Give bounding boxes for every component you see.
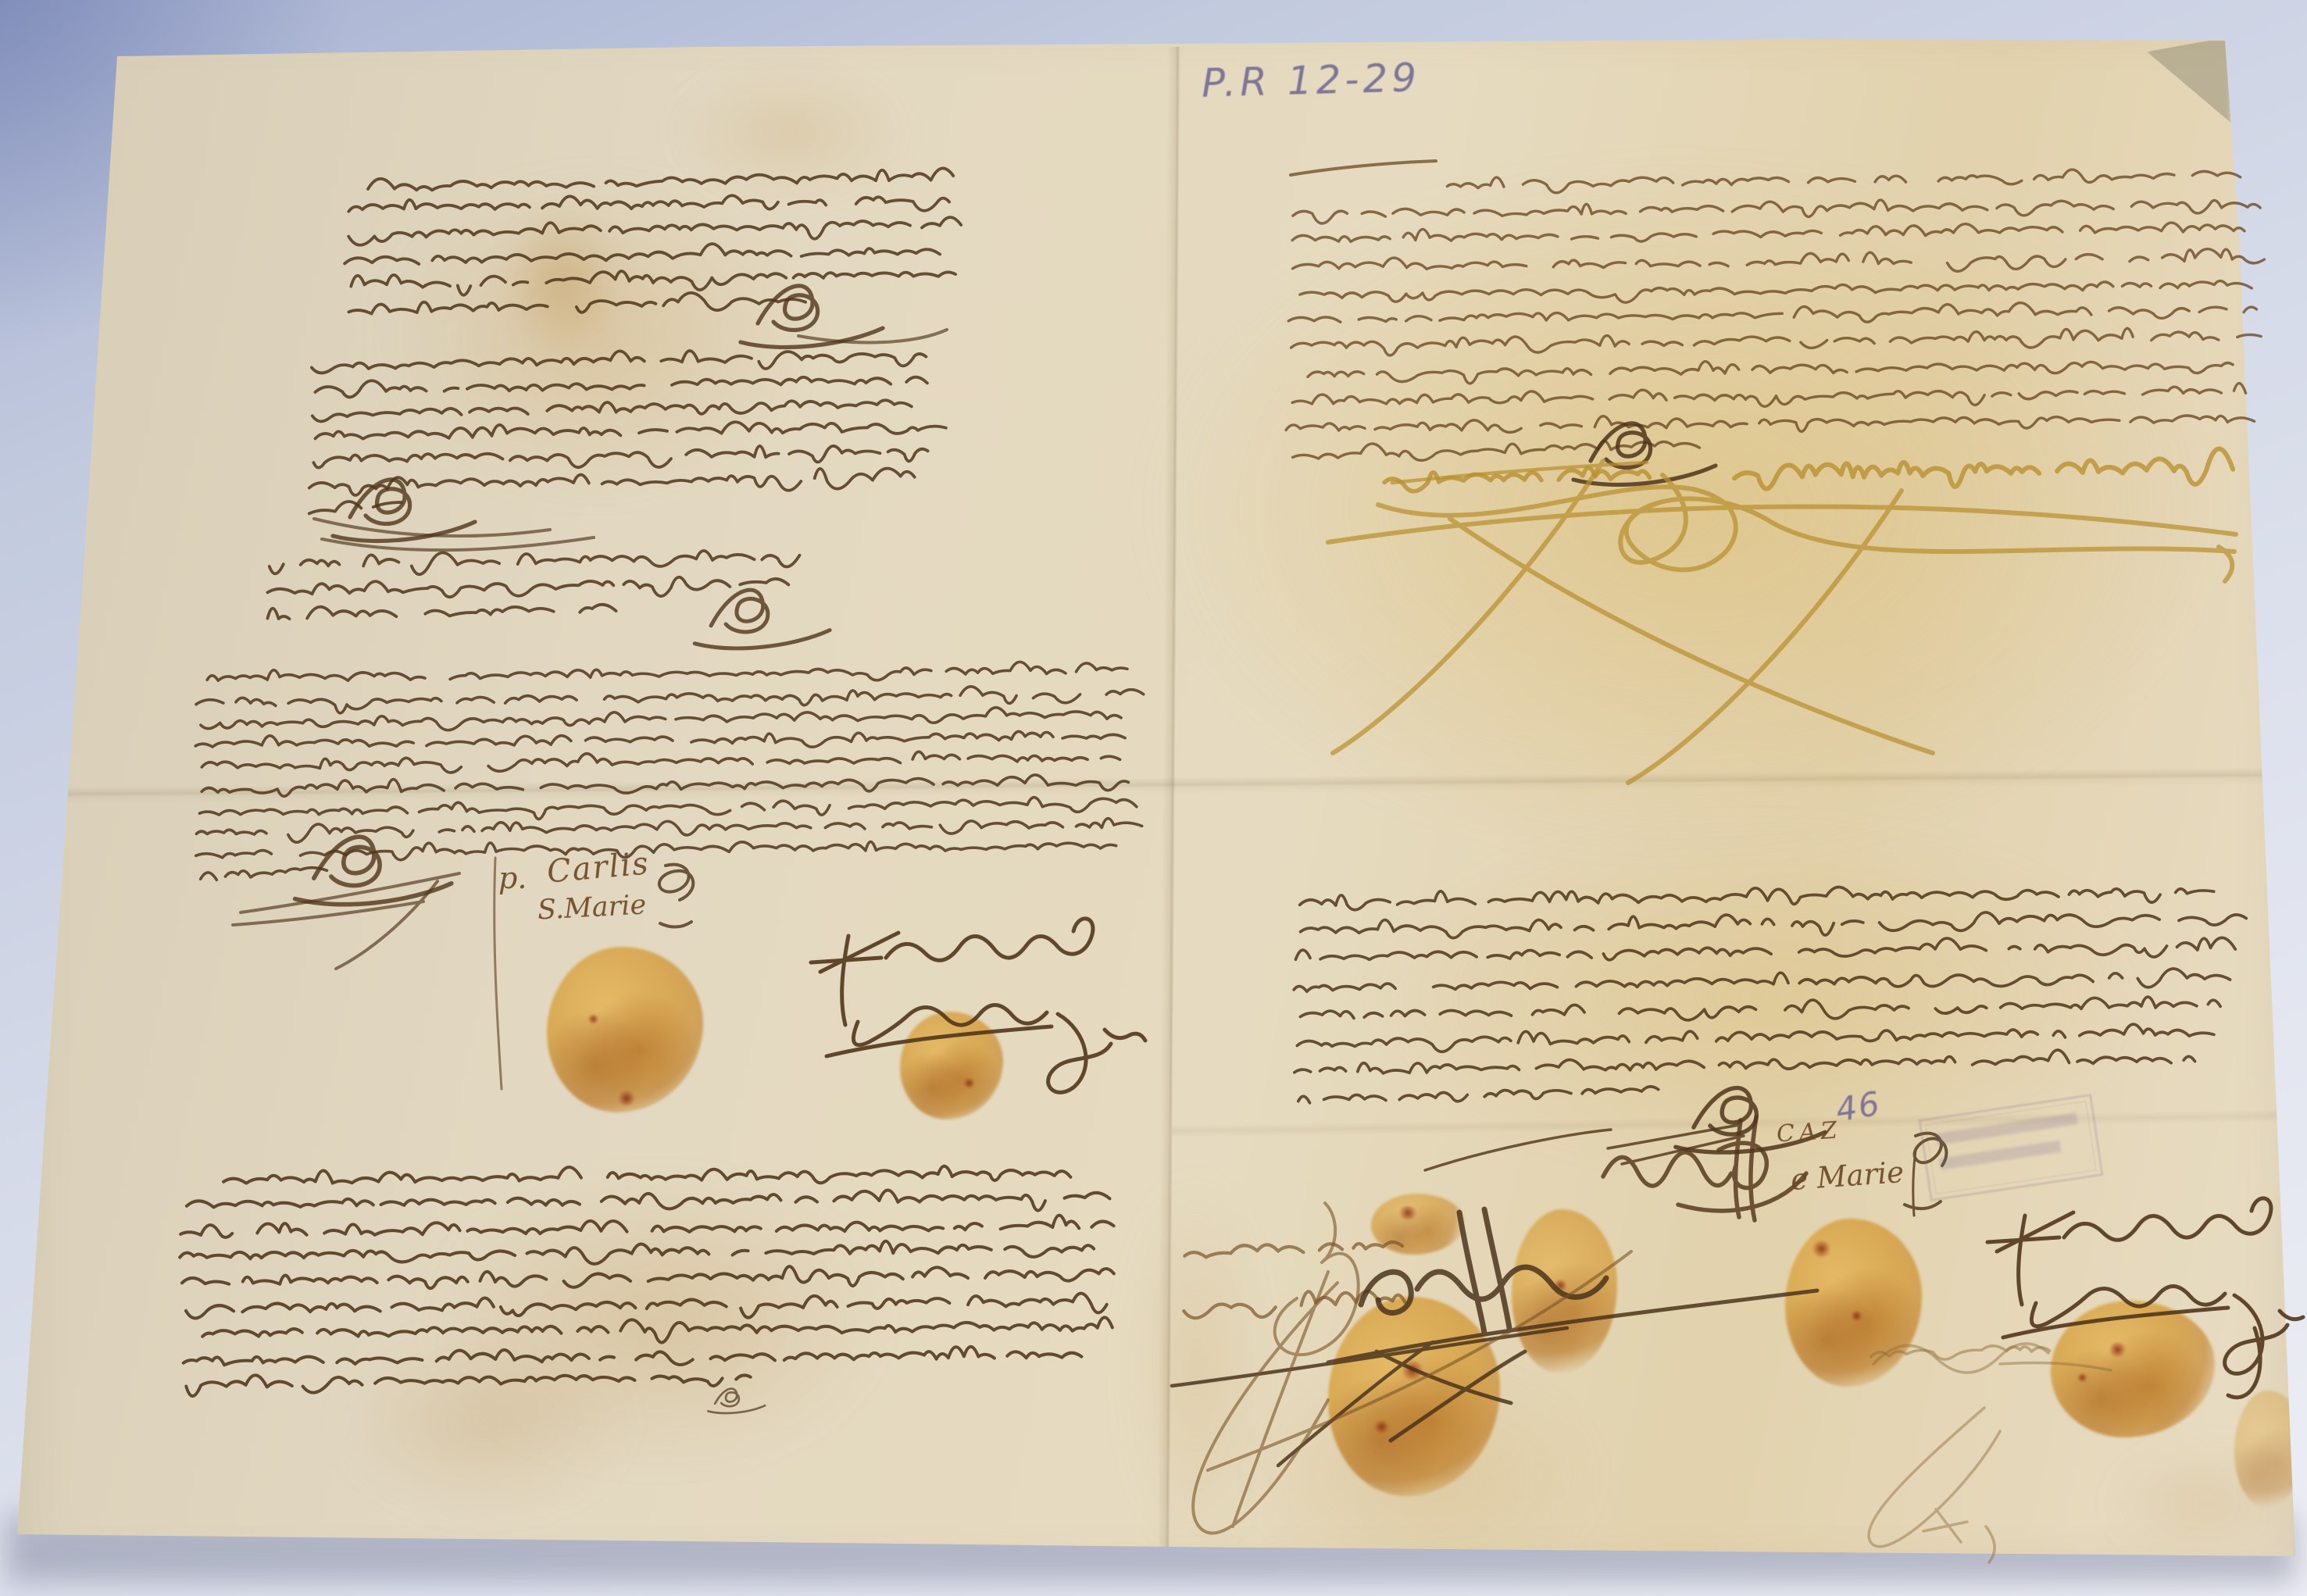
- paper-stain: [1133, 156, 2227, 859]
- seal-speck: [617, 1091, 636, 1106]
- cardinal-subscription-right-line1: CAZ: [1776, 1116, 1843, 1148]
- seal-speck: [587, 1014, 599, 1024]
- seal-speck: [1397, 1206, 1419, 1219]
- paper-stain: [672, 70, 906, 195]
- seal-speck: [1373, 1420, 1390, 1434]
- photograph-of-manuscript: yo la Reyna A archiepo toletano A archie…: [0, 0, 2307, 1596]
- paper-stain: [500, 203, 625, 359]
- seal-speck: [2108, 1342, 2127, 1357]
- cardinal-subscription-prefix: p.: [498, 861, 527, 895]
- paper-stain: [336, 1328, 633, 1516]
- seal-speck: [1811, 1241, 1832, 1257]
- seal-stain: [2234, 1391, 2305, 1508]
- manuscript-sheet: [0, 0, 2307, 1596]
- seal-speck: [1400, 1361, 1425, 1380]
- seal-speck: [962, 1078, 976, 1088]
- paper-stain: [1125, 1172, 1266, 1562]
- archival-reference-pencil: P.R 12-29: [1201, 55, 1421, 105]
- archive-stamp-text-line: [1939, 1141, 2062, 1170]
- seal-speck: [1553, 1280, 1568, 1291]
- cardinal-subscription-line2: S.Marie: [537, 889, 647, 926]
- seal-speck: [2077, 1373, 2088, 1382]
- seal-speck: [1850, 1311, 1863, 1321]
- archive-stamp-border: [1925, 1101, 2096, 1194]
